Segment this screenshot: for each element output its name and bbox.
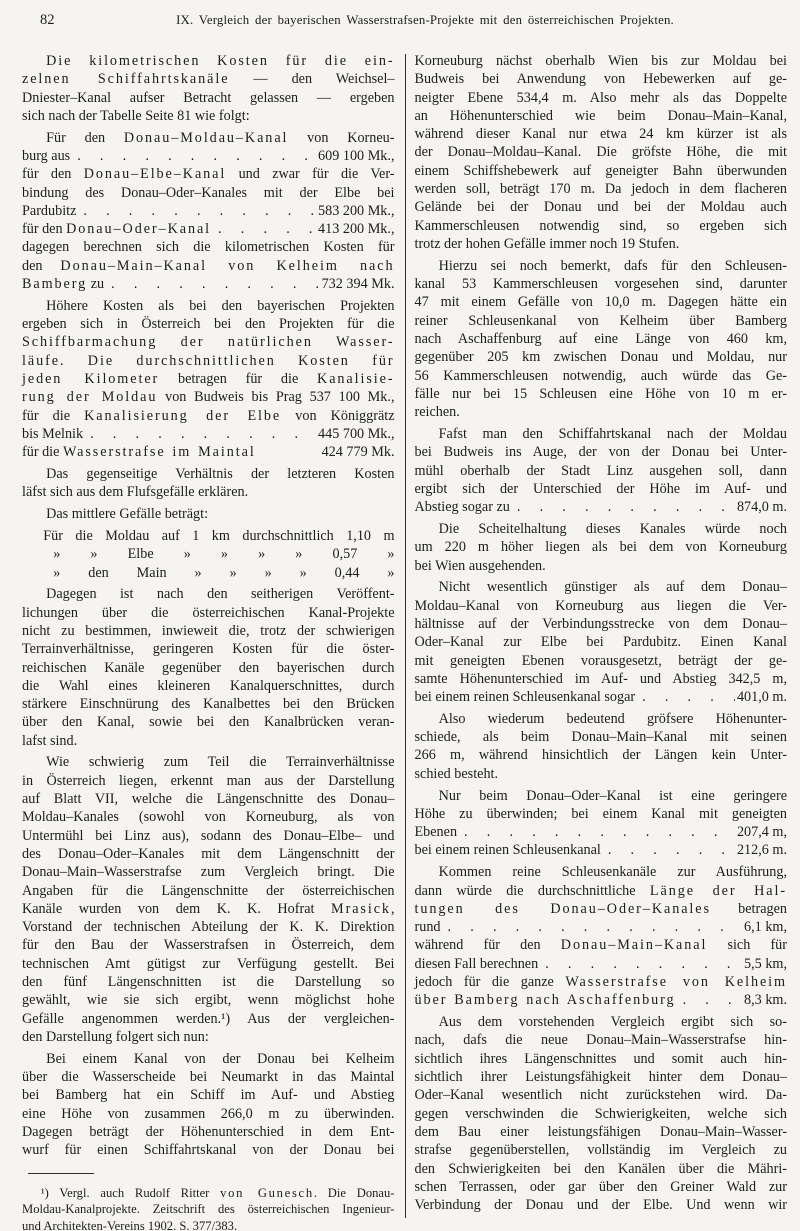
text-line: einem Schiffshebewerk auf geneigter Bahn… (415, 162, 788, 180)
text-line: Höhere Kosten als bei den bayerischen Pr… (22, 297, 395, 315)
leader-label: Bamberg zu (22, 275, 104, 293)
text-line: die Wahl eines kleineren Kanalquerschnit… (22, 677, 395, 695)
footnote: ¹) Vergl. auch Rudolf Ritter von Gunesch… (22, 1173, 395, 1231)
text-line: ergeben sich in Österreich bei den Proje… (22, 315, 395, 333)
leader-line: Abstieg sogar zu. . . . . . . . . . . . … (415, 498, 788, 516)
paragraph: Nicht wesentlich günstiger als auf dem D… (415, 575, 788, 707)
text-line: reichischen Kanäle gegenüber den bayeris… (22, 659, 395, 677)
text-line: gegen verschwinden die Schwierigkeiten, … (415, 1105, 788, 1123)
leader-line: Ebenen. . . . . . . . . . . . . . . . . … (415, 823, 788, 841)
leader-value: 401,0 m. (737, 688, 787, 706)
paragraph: Dagegen ist nach den seitherigen Veröffe… (22, 582, 395, 750)
leader-line: bis Melnik. . . . . . . . . . . . . . . … (22, 425, 395, 443)
right-column: Korneuburg nächst oberhalb Wien bis zur … (415, 52, 788, 1231)
letterspaced-text: über Bamberg nach Aschaffenburg (415, 992, 676, 1008)
text-line: Vorstand der technischen Abteilung der K… (22, 918, 395, 936)
text-line: nach Aschaffenburg auf eine Länge von 46… (415, 330, 788, 348)
text-line: Gelände bei der Donau und bei der Moldau… (415, 198, 788, 216)
text-line: Das mittlere Gefälle beträgt: (22, 505, 395, 523)
dot-leader: . . . . . . . . . . . . . . . . . . . . … (642, 688, 735, 706)
text-line: gewählt, wie sie sich ergibt, wenn mögli… (22, 991, 395, 1009)
text-line: eine Höhe von zusammen 266,0 m zu überwi… (22, 1105, 395, 1123)
text-line: den Schwierigkeiten bei den Kanälen über… (415, 1160, 788, 1178)
text-line: gegenüber 205 km zwischen Donau und Mold… (415, 348, 788, 366)
leader-value: 874,0 m. (737, 498, 787, 516)
leader-label: für den Donau–Oder–Kanal (22, 220, 211, 238)
dot-leader: . . . . . . . . . . . . . . . . . . . . … (90, 425, 316, 443)
text-line: Korneuburg nächst oberhalb Wien bis zur … (415, 52, 788, 70)
text-line: auf Blatt VII, welche die Längenschnitte… (22, 790, 395, 808)
page-number: 82 (40, 12, 55, 29)
text-line: trotz der hohen Gefälle immer noch 19 St… (415, 235, 788, 253)
text-line: Untermühl bei Linz aus), sodann des Dona… (22, 827, 395, 845)
leader-label: burg aus (22, 147, 70, 165)
footnote-rule (28, 1173, 94, 1174)
leader-value: 609 100 Mk., (318, 147, 394, 165)
paragraph: Wie schwierig zum Teil die Terrainverhäl… (22, 750, 395, 1046)
text-line: stärkere Einschnürung des Kanalbettes be… (22, 695, 395, 713)
text-line: sichtlich ihres Längenschnittes und somi… (415, 1050, 788, 1068)
text-line: bei Bamberg hat ein Schiff im Auf- und A… (22, 1086, 395, 1104)
text-line: um 220 m höher liegen als bei dem von Ko… (415, 538, 788, 556)
letterspaced-text: jeden Kilometer (22, 371, 159, 387)
text-line: 266 m, während hinsichtlich der Längen k… (415, 746, 788, 764)
text-line: reichen. (415, 403, 788, 421)
letterspaced-text: von Gunesch (220, 1186, 314, 1200)
text-line: den Darstellung folgert sich nun: (22, 1028, 395, 1046)
paragraph: Kommen reine Schleusenkanäle zur Ausführ… (415, 860, 788, 1010)
text-line: nicht zu bestimmen, inwieweit die, trotz… (22, 622, 395, 640)
leader-value: 6,1 km, (744, 918, 787, 936)
paragraph: Nur beim Donau–Oder–Kanal ist eine gerin… (415, 783, 788, 860)
leader-label: bis Melnik (22, 425, 83, 443)
paragraph: Korneuburg nächst oberhalb Wien bis zur … (415, 52, 788, 253)
leader-line: bei einem reinen Schleusenkanal. . . . .… (415, 841, 788, 859)
text-line: hältnisse auf der Verbindungsstrecke von… (415, 615, 788, 633)
text-line: während dieser Kanal nur etwa 24 km kürz… (415, 125, 788, 143)
letterspaced-text: Kanalisierung der Elbe (84, 408, 281, 424)
text-line: des Donau–Oder–Kanales mit dem Längensch… (22, 845, 395, 863)
text-line: und Architekten-Vereins 1902. S. 377/383… (22, 1218, 395, 1231)
letterspaced-text: Donau–Elbe–Kanal (84, 166, 227, 182)
leader-line: bei einem reinen Schleusenkanal sogar. .… (415, 688, 788, 706)
text-line: Dniester–Kanal aufser Betracht gelassen … (22, 89, 395, 107)
leader-label: bei einem reinen Schleusenkanal (415, 841, 601, 859)
text-line: schiede, als beim Donau–Main–Kanal mit s… (415, 728, 788, 746)
text-line: bei Wien ausgehenden. (415, 557, 788, 575)
text-line: bindung des Donau–Oder–Kanales mit der E… (22, 184, 395, 202)
text-columns: Die kilometrischen Kosten für die ein-ze… (22, 52, 787, 1231)
text-line: Also wiederum bedeutend gröfsere Höhenun… (415, 710, 788, 728)
text-line: Schiffbarmachung der natürlichen Wasser- (22, 333, 395, 351)
text-line: Bei einem Kanal von der Donau bei Kelhei… (22, 1050, 395, 1068)
text-line: Für die Moldau auf 1 km durchschnittlich… (22, 527, 395, 545)
dot-leader: . . . . . . . . . . . . . . . . . . . . … (111, 275, 319, 293)
dot-leader: . . . . . . . . . . . . . . . . . . . . … (608, 841, 735, 859)
text-line: Oder–Kanal zur Elbe bei Pardubitz. Einen… (415, 633, 788, 651)
text-line: werden soll, beträgt 170 m. Da jedoch in… (415, 180, 788, 198)
leader-value: 212,6 m. (737, 841, 787, 859)
text-line: Die kilometrischen Kosten für die ein- (22, 52, 395, 70)
text-line: über den Kanal, sowie bei den Kanalbrück… (22, 713, 395, 731)
text-line: an Höhenunterschied wie beim Donau–Main–… (415, 107, 788, 125)
paragraph: Also wiederum bedeutend gröfsere Höhenun… (415, 706, 788, 783)
leader-value: 5,5 km, (744, 955, 787, 973)
text-line: für den Donau–Elbe–Kanal und zwar für di… (22, 165, 395, 183)
text-line: nach, dafs die neue Donau–Main–Wasserstr… (415, 1031, 788, 1049)
text-line: Die Scheitelhaltung dieses Kanales würde… (415, 520, 788, 538)
text-line: Kommen reine Schleusenkanäle zur Ausführ… (415, 863, 788, 881)
paragraph: Das gegenseitige Verhältnis der letztere… (22, 462, 395, 502)
text-line: mühl oberhalb der Stadt Linz ausgehen so… (415, 462, 788, 480)
leader-label: diesen Fall berechnen (415, 955, 539, 973)
text-line: sich nach der Tabelle Seite 81 wie folgt… (22, 107, 395, 125)
text-line: neigter Ebene 534,4 m. Also mehr als das… (415, 89, 788, 107)
text-line: läfst sich aus dem Flufsgefälle erklären… (22, 483, 395, 501)
text-line: Kanäle wurden von dem K. K. Hofrat Mrasi… (22, 900, 395, 918)
book-page: 82 IX. Vergleich der bayerischen Wassers… (0, 0, 800, 1231)
letterspaced-text: Wasserstrafse von Kelheim (565, 974, 787, 990)
leader-value: 424 779 Mk. (322, 443, 395, 461)
text-line: fälle nur bei 15 Schleusen eine Höhe von… (415, 385, 788, 403)
text-line: Terrainverhältnisse, geringeren Kosten f… (22, 640, 395, 658)
leader-label: für die Wasserstrafse im Maintal (22, 443, 256, 461)
text-line: sichtlich ihrer Leistungsfähigkeit hinte… (415, 1068, 788, 1086)
text-line: Kammerschleusen notwendig sind, so ergeb… (415, 217, 788, 235)
letterspaced-text: Mrasick (331, 901, 391, 917)
text-line: rung der Moldau von Budweis bis Prag 537… (22, 388, 395, 406)
text-line: in Österreich liegen, erkennt man aus de… (22, 772, 395, 790)
letterspaced-text: Kanalisie- (317, 371, 394, 387)
leader-line: für die Wasserstrafse im Maintal424 779 … (22, 443, 395, 461)
text-line: Dagegen beträgt der Höhenunterschied in … (22, 1123, 395, 1141)
text-line: Verbindung der Donau und der Elbe. Und w… (415, 1196, 788, 1214)
text-line: dem Bau einer leistungsfähigen Donau–Mai… (415, 1123, 788, 1141)
letterspaced-text: läufe. Die durchschnittlichen Kosten für (22, 353, 395, 369)
text-line: über die Wasserscheide bei Neumarkt in d… (22, 1068, 395, 1086)
dot-leader: . . . . . . . . . . . . . . . . . . . . … (77, 147, 316, 165)
letterspaced-text: Wasserstrafse im Maintal (63, 444, 256, 460)
text-line: Moldau-Kanalprojekte. Zeitschrift des ös… (22, 1201, 395, 1217)
text-line: Nicht wesentlich günstiger als auf dem D… (415, 578, 788, 596)
text-line: ¹) Vergl. auch Rudolf Ritter von Gunesch… (22, 1185, 395, 1201)
dot-leader: . . . . . . . . . . . . . . . . . . . . … (683, 991, 742, 1009)
dot-leader: . . . . . . . . . . . . . . . . . . . . … (83, 202, 316, 220)
paragraph: Das mittlere Gefälle beträgt: (22, 502, 395, 524)
leader-label: über Bamberg nach Aschaffenburg (415, 991, 676, 1009)
letterspaced-text: Donau–Main–Kanal (561, 937, 708, 953)
paragraph: Für die Moldau auf 1 km durchschnittlich… (22, 523, 395, 581)
left-column: Die kilometrischen Kosten für die ein-ze… (22, 52, 395, 1231)
letterspaced-text: Donau–Moldau–Kanal (124, 130, 289, 146)
text-line: dagegen berechnen sich die kilometrische… (22, 238, 395, 256)
leader-value: 413 200 Mk., (318, 220, 394, 238)
text-line: schen Terrassen, oder gar über den Grein… (415, 1178, 788, 1196)
paragraph: Für den Donau–Moldau–Kanal von Korneu-bu… (22, 125, 395, 293)
text-line: technischen Amt gütigst zur Verfügung ge… (22, 955, 395, 973)
text-line: für die Kanalisierung der Elbe von König… (22, 407, 395, 425)
text-line: » den Main » » » » 0,44 » (22, 564, 395, 582)
leader-label: bei einem reinen Schleusenkanal sogar (415, 688, 636, 706)
letterspaced-text: Donau–Main–Kanal von Kelheim nach (60, 258, 394, 274)
letterspaced-text: tungen des Donau–Oder–Kanales (415, 901, 711, 917)
dot-leader: . . . . . . . . . . . . . . . . . . . . … (464, 823, 735, 841)
text-line: lichungen über die österreichischen Kana… (22, 604, 395, 622)
paragraph: Höhere Kosten als bei den bayerischen Pr… (22, 293, 395, 461)
leader-line: diesen Fall berechnen. . . . . . . . . .… (415, 955, 788, 973)
leader-label: Abstieg sogar zu (415, 498, 510, 516)
leader-value: 8,3 km. (744, 991, 787, 1009)
text-line: jedoch für die ganze Wasserstrafse von K… (415, 973, 788, 991)
text-line: strafse gegenüberstellen, vollständig im… (415, 1141, 788, 1159)
running-head: IX. Vergleich der bayerischen Wasserstra… (90, 13, 760, 28)
dot-leader: . . . . . . . . . . . . . . . . . . . . … (545, 955, 742, 973)
leader-label: Ebenen (415, 823, 458, 841)
letterspaced-text: zelnen Schiffahrtskanäle (22, 71, 229, 87)
text-line: ergibt sich der Unterschied der Höhe im … (415, 480, 788, 498)
text-line: Dagegen ist nach den seitherigen Veröffe… (22, 585, 395, 603)
letterspaced-text: Länge der Hal- (650, 883, 787, 899)
paragraph: Hierzu sei noch bemerkt, dafs für den Sc… (415, 253, 788, 421)
leader-value: 583 200 Mk., (318, 202, 394, 220)
text-line: bei Budweis ins Auge, der von der Donau … (415, 443, 788, 461)
text-line: Donau–Main–Wasserstrafse zum Vergleich b… (22, 863, 395, 881)
text-line: Moldau–Kanal von Korneuburg aus liegen d… (415, 597, 788, 615)
leader-line: rund. . . . . . . . . . . . . . . . . . … (415, 918, 788, 936)
text-line: Aus dem vorstehenden Vergleich ergibt si… (415, 1013, 788, 1031)
text-line: dann würde die durchschnittliche Länge d… (415, 882, 788, 900)
paragraph: Aus dem vorstehenden Vergleich ergibt si… (415, 1010, 788, 1215)
text-line: Moldau–Kanales (sowohl von Korneuburg, a… (22, 808, 395, 826)
letterspaced-text: Die kilometrischen Kosten für die ein- (46, 53, 394, 69)
text-line: jeden Kilometer betragen für die Kanalis… (22, 370, 395, 388)
leader-value: 445 700 Mk., (318, 425, 394, 443)
leader-label: Pardubitz (22, 202, 76, 220)
paragraph: Die Scheitelhaltung dieses Kanales würde… (415, 516, 788, 574)
text-line: Das gegenseitige Verhältnis der letztere… (22, 465, 395, 483)
text-line: Wie schwierig zum Teil die Terrainverhäl… (22, 753, 395, 771)
text-line: Fafst man den Schiffahrtskanal nach der … (415, 425, 788, 443)
leader-line: für den Donau–Oder–Kanal. . . . . . . . … (22, 220, 395, 238)
text-line: den fünf Längenschnitten ist die Darstel… (22, 973, 395, 991)
text-line: tungen des Donau–Oder–Kanales betragen (415, 900, 788, 918)
text-line: 47 mit einem Gefälle von 10,0 m. Dagegen… (415, 293, 788, 311)
text-line: während für den Donau–Main–Kanal sich fü… (415, 936, 788, 954)
paragraph: Die kilometrischen Kosten für die ein-ze… (22, 52, 395, 125)
leader-value: 732 394 Mk. (322, 275, 395, 293)
letterspaced-text: Schiffbarmachung der natürlichen Wasser- (22, 334, 395, 350)
letterspaced-text: Bamberg (22, 276, 87, 292)
leader-line: über Bamberg nach Aschaffenburg. . . . .… (415, 991, 788, 1009)
text-line: samte Höhenunterschied im Auf- und Absti… (415, 670, 788, 688)
text-line: » » Elbe » » » » 0,57 » (22, 545, 395, 563)
text-line: Gefälle angenommen werden.¹) Aus der ver… (22, 1010, 395, 1028)
text-line: Hierzu sei noch bemerkt, dafs für den Sc… (415, 257, 788, 275)
text-line: Angaben für die Längenschnitte der öster… (22, 882, 395, 900)
text-line: kanal 53 Kammerschleusen vorgesehen sind… (415, 275, 788, 293)
leader-line: Pardubitz. . . . . . . . . . . . . . . .… (22, 202, 395, 220)
dot-leader: . . . . . . . . . . . . . . . . . . . . … (448, 918, 743, 936)
dot-leader: . . . . . . . . . . . . . . . . . . . . … (218, 220, 316, 238)
leader-value: 207,4 m, (737, 823, 787, 841)
text-line: für den Bau der Wasserstrafsen in Österr… (22, 936, 395, 954)
text-line: Für den Donau–Moldau–Kanal von Korneu- (22, 129, 395, 147)
text-line: 56 Kammerschleusen notwendig, auch würde… (415, 367, 788, 385)
letterspaced-text: rung der Moldau (22, 389, 157, 405)
paragraph: Fafst man den Schiffahrtskanal nach der … (415, 421, 788, 516)
text-line: lafst sind. (22, 732, 395, 750)
text-line: Oder–Kanal wesentlich nicht zurückstehen… (415, 1086, 788, 1104)
text-line: der Donau–Moldau–Kanal. Die gröfste Höhe… (415, 143, 788, 161)
paragraph: ¹) Vergl. auch Rudolf Ritter von Gunesch… (22, 1182, 395, 1231)
letterspaced-text: Donau–Oder–Kanal (66, 221, 211, 237)
text-line: Höhe zu überwinden; bei einem Kanal mit … (415, 805, 788, 823)
text-line: mit geneigten Ebenen vorausgesetzt, betr… (415, 652, 788, 670)
leader-line: Bamberg zu. . . . . . . . . . . . . . . … (22, 275, 395, 293)
text-line: wurf für einen Schiffahrtskanal von der … (22, 1141, 395, 1159)
leader-label: rund (415, 918, 441, 936)
text-line: reiner Schleusenkanal von Kelheim über B… (415, 312, 788, 330)
text-line: Budweis bei Anwendung von Hebewerken auf… (415, 70, 788, 88)
column-divider-rule (405, 54, 406, 1218)
text-line: läufe. Die durchschnittlichen Kosten für (22, 352, 395, 370)
text-line: schied besteht. (415, 765, 788, 783)
text-line: Nur beim Donau–Oder–Kanal ist eine gerin… (415, 787, 788, 805)
text-line: zelnen Schiffahrtskanäle — den Weichsel– (22, 70, 395, 88)
text-line: den Donau–Main–Kanal von Kelheim nach (22, 257, 395, 275)
paragraph: Bei einem Kanal von der Donau bei Kelhei… (22, 1046, 395, 1159)
leader-line: burg aus. . . . . . . . . . . . . . . . … (22, 147, 395, 165)
dot-leader: . . . . . . . . . . . . . . . . . . . . … (517, 498, 735, 516)
